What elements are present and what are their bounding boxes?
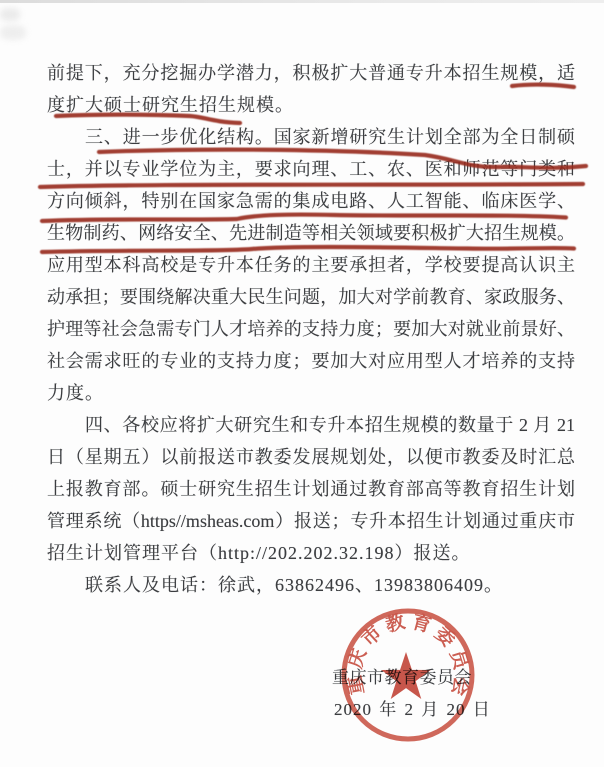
document-line-11: 力度。 (47, 377, 575, 409)
document-line-9: 护理等社会急需专门人才培养的支持力度；要加大对就业前景好、 (47, 313, 575, 345)
scan-edge-artifact (0, 0, 604, 3)
document-line-3: 三、进一步优化结构。国家新增研究生计划全部为全日制硕 (47, 121, 575, 153)
scan-smudge (0, 8, 20, 21)
document-line-17: 联系人及电话：徐武，63862496、13983806409。 (47, 569, 575, 601)
document-line-6: 生物制药、网络安全、先进制造等相关领域要积极扩大招生规模。 (47, 217, 575, 249)
document-line-8: 动承担；要围绕解决重大民生问题，加大对学前教育、家政服务、 (47, 281, 575, 313)
document-line-4: 士，并以专业学位为主，要求向理、工、农、医和师范等门类和 (47, 153, 575, 185)
document-line-12: 四、各校应将扩大研究生和专升本招生规模的数量于 2 月 21 (47, 409, 575, 441)
document-body: 前提下，充分挖掘办学潜力，积极扩大普通专升本招生规模，适度扩大硕士研究生招生规模… (47, 57, 575, 601)
scanned-document-page: 前提下，充分挖掘办学潜力，积极扩大普通专升本招生规模，适度扩大硕士研究生招生规模… (0, 0, 604, 767)
document-line-7: 应用型本科高校是专升本任务的主要承担者，学校要提高认识主 (47, 249, 575, 281)
document-line-14: 上报教育部。硕士研究生招生计划通过教育部高等教育招生计划 (47, 473, 575, 505)
document-line-5: 方向倾斜，特别在国家急需的集成电路、人工智能、临床医学、 (47, 185, 575, 217)
official-seal: 重庆市教育委员会 (333, 600, 483, 750)
document-line-1: 前提下，充分挖掘办学潜力，积极扩大普通专升本招生规模，适 (47, 57, 575, 89)
document-line-16: 招生计划管理平台（http://202.202.32.198）报送。 (47, 537, 575, 569)
star-icon (381, 652, 430, 699)
document-line-10: 社会需求旺的专业的支持力度；要加大对应用型人才培养的支持 (47, 345, 575, 377)
scan-smudge (0, 25, 26, 40)
document-line-13: 日（星期五）以前报送市教委发展规划处，以便市教委及时汇总 (47, 441, 575, 473)
document-line-2: 度扩大硕士研究生招生规模。 (47, 89, 575, 121)
document-line-15: 管理系统（https//msheas.com）报送；专升本招生计划通过重庆市 (47, 505, 575, 537)
